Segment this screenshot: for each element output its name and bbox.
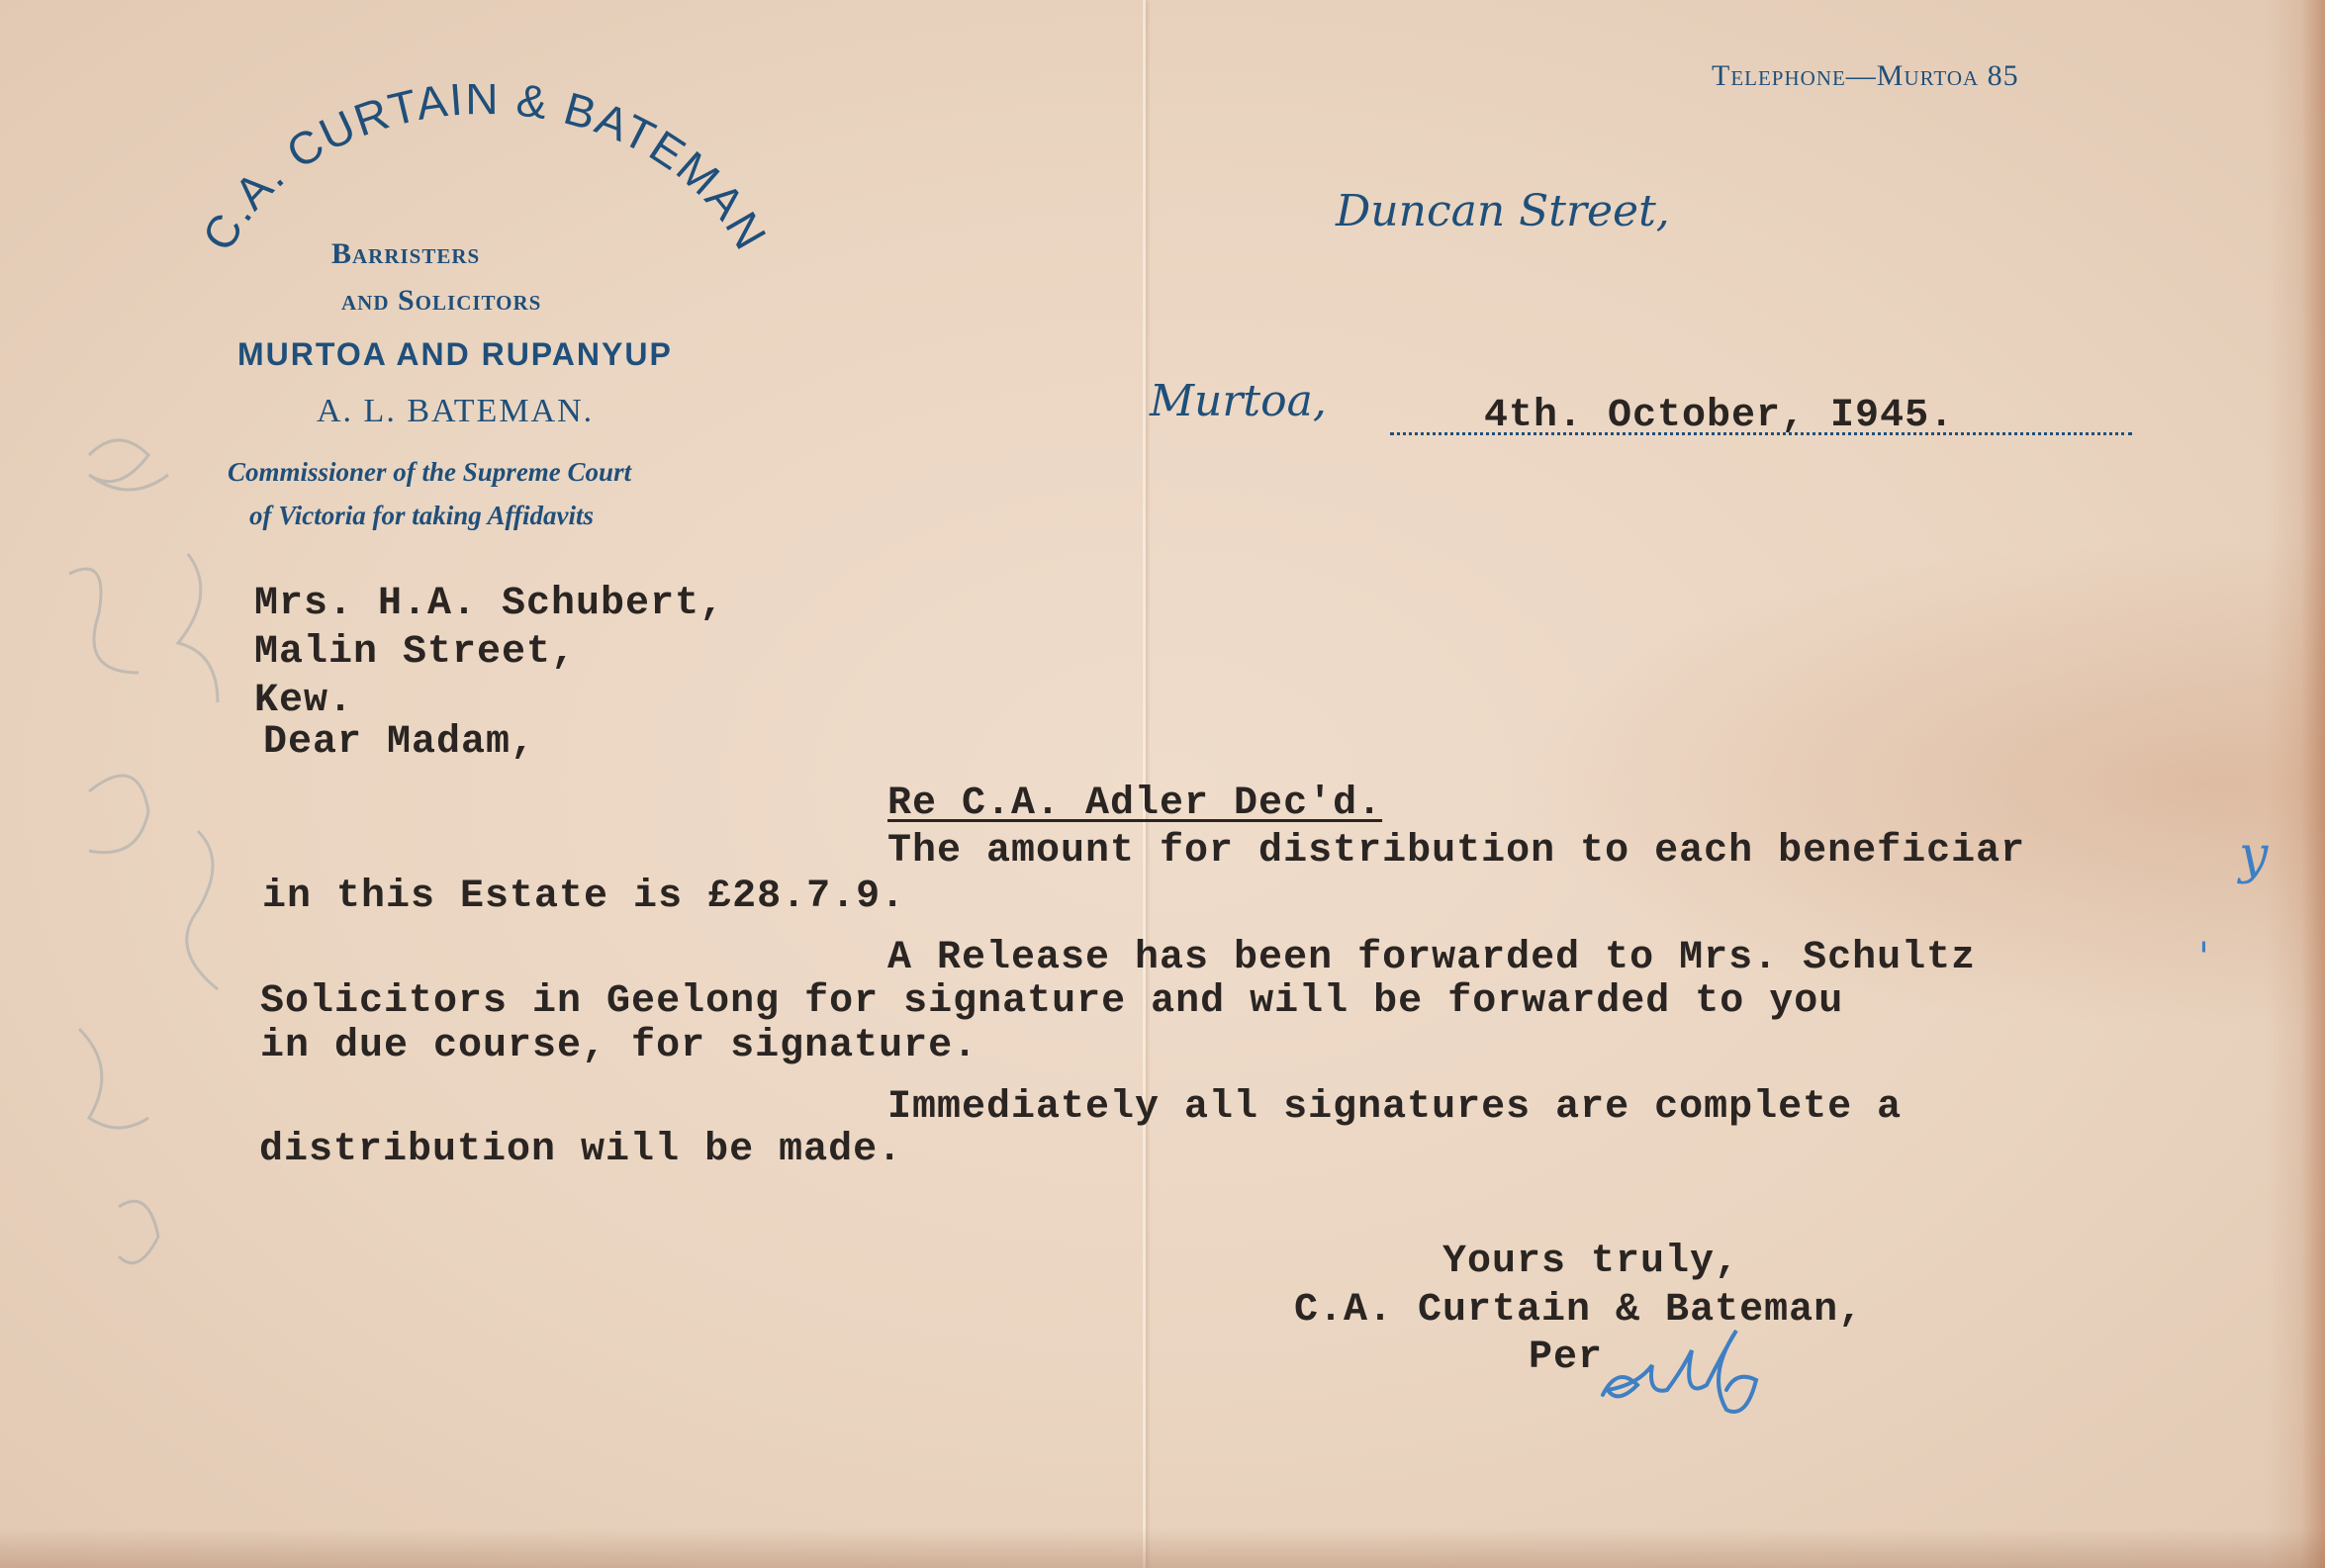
- handwritten-y-correction: y: [2239, 826, 2268, 885]
- closing-per: Per: [1529, 1336, 1603, 1380]
- body-line-7: distribution will be made.: [259, 1128, 902, 1172]
- body-line-2: in this Estate is £28.7.9.: [262, 875, 905, 919]
- body-line-4: Solicitors in Geelong for signature and …: [260, 979, 1843, 1024]
- letterhead-town: Murtoa,: [1150, 376, 1327, 426]
- body-line-1: The amount for distribution to each bene…: [887, 829, 2025, 874]
- recipient-name: Mrs. H.A. Schubert,: [254, 582, 724, 626]
- handwritten-tick-mark: ': [2198, 935, 2209, 980]
- letterhead-principal: A. L. BATEMAN.: [317, 393, 594, 430]
- paper-edge-bottom: [0, 1528, 2325, 1568]
- letter-date: 4th. October, I945.: [1484, 394, 1954, 438]
- subject-line: Re C.A. Adler Dec'd.: [887, 782, 1382, 826]
- recipient-suburb: Kew.: [254, 679, 353, 723]
- letterhead-telephone: Telephone—Murtoa 85: [1712, 59, 2019, 93]
- recipient-street: Malin Street,: [254, 630, 576, 675]
- letterhead-barristers: Barristers: [331, 237, 480, 271]
- letterhead-towns: MURTOA AND RUPANYUP: [237, 336, 673, 373]
- letterhead-commission-line1: Commissioner of the Supreme Court: [228, 457, 631, 488]
- bleed-through-handwriting: [30, 415, 287, 1405]
- paper-edge-foxing: [2266, 0, 2325, 1568]
- salutation: Dear Madam,: [263, 720, 535, 765]
- body-line-3: A Release has been forwarded to Mrs. Sch…: [887, 936, 1976, 980]
- valediction: Yours truly,: [1442, 1240, 1739, 1284]
- body-line-6: Immediately all signatures are complete …: [887, 1085, 1902, 1130]
- signature-initials: [1593, 1316, 1781, 1425]
- body-line-5: in due course, for signature.: [260, 1024, 977, 1068]
- letter-page: C.A. CURTAIN & BATEMAN Barristers and So…: [0, 0, 2325, 1568]
- letterhead-solicitors: and Solicitors: [341, 284, 541, 318]
- svg-text:C.A. CURTAIN & BATEMAN: C.A. CURTAIN & BATEMAN: [192, 84, 778, 259]
- letterhead-street: Duncan Street,: [1336, 186, 1670, 236]
- letterhead-commission-line2: of Victoria for taking Affidavits: [249, 501, 594, 531]
